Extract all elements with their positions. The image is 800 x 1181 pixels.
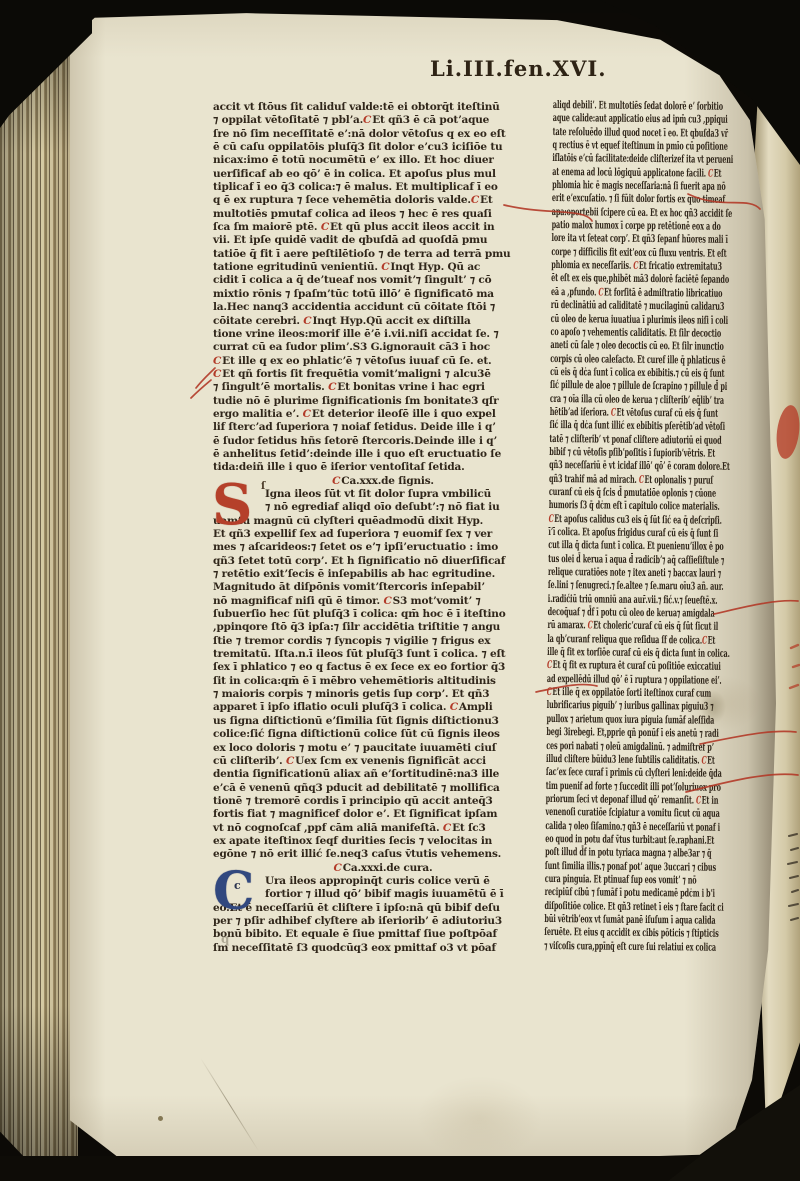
- text-line: uerſificaf ab eo qōʼ ē in colica. Et apo…: [213, 168, 553, 181]
- text-line: nō magnificaf niſi qū ē timor. CS3 motʼv…: [213, 595, 553, 608]
- paragraph-mark: C: [328, 381, 337, 393]
- paragraph-mark: C: [708, 167, 714, 179]
- paragraph-mark: C: [702, 634, 708, 646]
- text-column-right: aliqd debiliʼ. Et multotiēs ſedat dolorē…: [544, 99, 762, 955]
- text-line: tatiōe q̄ fit ī aere peſtilētioſo ⁊ de t…: [213, 248, 553, 261]
- text-line: ex loco doloris ⁊ motu eʼ ⁊ paucitate iu…: [213, 742, 553, 755]
- text-line: ſca ſm maiorē ptē. CEt qū plus accit ile…: [213, 221, 553, 234]
- text-line: cū cliſteribʼ. CUex ſcm ex venenis ſigni…: [213, 755, 553, 768]
- text-line: la.Hec nanq3 accidentia accidunt cū cōit…: [213, 301, 553, 314]
- text-line: tionē ⁊ tremorē cordis ī principio qū ac…: [213, 795, 553, 808]
- text-line: bonū bibito. Et equale ē ſiue pmittaf ſi…: [213, 928, 553, 941]
- text-line: qñ3 ſetet totū corpʼ. Et h ſignificatio …: [213, 555, 553, 568]
- text-line: ſex ī phlatico ⁊ eo q factus ē ex ſece e…: [213, 661, 553, 674]
- text-line: CEt ille q ex eo phlaticʼē ⁊ vētoſus iuu…: [213, 355, 553, 368]
- text-line: fortior ⁊ illud qōʼ bibif magis iuuamētū…: [213, 888, 553, 901]
- paragraph-mark: C: [450, 701, 459, 713]
- text-line: cidit ī colica a q̄ deʼtueaf nos vomitʼ⁊…: [213, 274, 553, 287]
- ink-spot: [158, 1116, 163, 1121]
- text-line: ⁊ viſcoſis cura,ppīnq̄ eſt cure ſui rela…: [544, 940, 753, 956]
- text-line: ⁊ ſingultʼē mortalis. CEt bonitas vrine …: [213, 381, 553, 394]
- text-line: tatione egritudinū venientiū. CInqt Hyp.…: [213, 261, 553, 274]
- text-line: Ura ileos appropinq̄t curis colice verū …: [213, 875, 553, 888]
- paragraph-mark: C: [321, 221, 330, 233]
- paragraph-mark: C: [639, 474, 645, 486]
- paragraph-mark: C: [332, 475, 341, 487]
- text-line: tudie nō ē plurime ſignificationis ſm bo…: [213, 395, 553, 408]
- paragraph-mark: C: [213, 355, 222, 367]
- text-line: multotiēs pmutaf colica ad ileos ⁊ hec ē…: [213, 208, 553, 221]
- text-line: ⁊ maioris corpis ⁊ minoris getis ſup cor…: [213, 688, 553, 701]
- text-line: tida:deiñ ille i quo ē iſerior ventoſita…: [213, 461, 553, 474]
- text-line: CCa.xxxi.de cura.: [213, 862, 553, 875]
- text-line: ⁊ oppilat vētoſitatē ⁊ pblʼa.CEt qñ3 ē c…: [213, 114, 553, 127]
- paragraph-mark: C: [334, 862, 343, 874]
- text-line: ,ppinqore ſtō q̄3 ipſa:⁊ ſilr accidētia …: [213, 621, 553, 634]
- text-line: ⁊ retētio exitʼſecis ē inſepabilis ab ha…: [213, 568, 553, 581]
- paragraph-mark: C: [547, 686, 553, 698]
- paragraph-mark: C: [696, 794, 702, 806]
- text-column-left: accit vt ſtōus ſit caliduſ valde:tē ei o…: [213, 101, 553, 955]
- paragraph-mark: C: [471, 194, 480, 206]
- book-photograph: { "book": { "running_head": "Li.III.fen.…: [0, 0, 800, 1181]
- text-line: nicax:imo ē totū nocumētū eʼ ex illo. Et…: [213, 154, 553, 167]
- guide-letter-s: ſ: [261, 481, 265, 492]
- running-head: Li.III.fen.XVI.: [430, 56, 607, 81]
- text-line: apparet ī ipſo iflatio oculi pluſq̄3 ī c…: [213, 701, 553, 714]
- text-line: ergo malitia eʼ. CEt deterior ileoſē ill…: [213, 408, 553, 421]
- page-edge-stack: [0, 16, 78, 1166]
- text-line: egōne ⁊ nō erit illić ſe.neq3 caſus v̄tu…: [213, 848, 553, 861]
- text-line: Et qñ3 expellif ſex ad ſuperiora ⁊ euomi…: [213, 528, 553, 541]
- text-line: vii. Et ipſe quidē vadit de qbuſdā ad qu…: [213, 234, 553, 247]
- paragraph-mark: C: [549, 513, 555, 525]
- text-line: eo.Et ē neceſſariū ēt cliſtere ī ipſo:nā…: [213, 902, 553, 915]
- text-line: mixtio rōnis ⁊ ſpaſmʼtūc totū illōʼ ē ſi…: [213, 288, 553, 301]
- text-line: ſre nō ſim neceſſitatē eʼ:nā dolor vētoſ…: [213, 128, 553, 141]
- text-line: vt nō cognoſcaf ,ppf cām aliā manifeſtā.…: [213, 822, 553, 835]
- paragraph-mark: C: [303, 315, 312, 327]
- text-line: us ſigna diſtictionū eʼſimilia ſūt ſigni…: [213, 715, 553, 728]
- text-line: colice:ſić ſigna diſtictionū colice ſūt …: [213, 728, 553, 741]
- paragraph-mark: C: [213, 368, 222, 380]
- text-line: ſm neceſſitatē ſ3 quodcūq3 eox pmittaf o…: [213, 942, 553, 955]
- paragraph-mark: C: [633, 260, 639, 272]
- paragraph-mark: C: [363, 114, 372, 126]
- text-line: ex apate iteſtinox ſeqf durities ſecis ⁊…: [213, 835, 553, 848]
- text-line: CEt qñ fortis ſit frequētia vomitʼmalign…: [213, 368, 553, 381]
- paragraph-mark: C: [547, 659, 553, 671]
- paragraph-mark: C: [443, 822, 452, 834]
- chapter-initial-s: S: [212, 477, 252, 533]
- text-line: lif ſtercʼad ſuperiora ⁊ noiaf ſetidus. …: [213, 421, 553, 434]
- text-line: ⁊ nō egrediaf aliqd oīo deſubtʼ:⁊ nō fia…: [213, 501, 553, 514]
- text-line: fortis fiat ⁊ magnificef dolor eʼ. Et ſi…: [213, 808, 553, 821]
- text-line: ſit in colica:qm̄ ē ī mēbro vehemētioris…: [213, 675, 553, 688]
- paragraph-mark: C: [383, 595, 392, 607]
- text-line: tiplicaf ī eo q̄3 colica:⁊ ē malus. Et m…: [213, 181, 553, 194]
- paragraph-mark: C: [588, 620, 594, 632]
- guide-letter-c: c: [234, 879, 241, 892]
- paragraph-mark: C: [381, 261, 390, 273]
- text-line: tremitatū. Iſta.n.ī ileos ſūt pluſq̄3 ſu…: [213, 648, 553, 661]
- text-line: dentia ſignificationū aliax añ eʼſortitu…: [213, 768, 553, 781]
- paragraph-mark: C: [611, 407, 617, 419]
- text-line: cōitate cerebri. CInqt Hyp.Qū accit ex d…: [213, 315, 553, 328]
- text-line: ſtie ⁊ tremor cordis ⁊ ſyncopis ⁊ vigili…: [213, 635, 553, 648]
- text-line: ē cū caſu oppilatōis pluſq̄3 ſit dolor e…: [213, 141, 553, 154]
- paragraph-mark: C: [701, 754, 707, 766]
- text-line: ſubuerſio hec ſūt pluſq̄3 ī colica: qm̄ …: [213, 608, 553, 621]
- text-line: ē ſudor ſetidus hñs ſetorē ſtercoris.Dei…: [213, 435, 553, 448]
- text-line: mes ⁊ aſcarideos:⁊ ſetet os eʼ⁊ ipſiʼeru…: [213, 541, 553, 554]
- paragraph-mark: C: [598, 286, 604, 298]
- text-line: tione vrine ileos:morif ille ēʼē i.vii.n…: [213, 328, 553, 341]
- text-line: ē anhelitus ſetidʼ:deinde ille i quo eſt…: [213, 448, 553, 461]
- paragraph-mark: C: [286, 755, 295, 767]
- paragraph-mark: C: [303, 408, 312, 420]
- text-line: uamtū magnū cū clyſteri quēadmodū dixit …: [213, 515, 553, 528]
- text-line: per ⁊ pſir adhibef clyſtere ab iſeriorib…: [213, 915, 553, 928]
- text-line: accit vt ſtōus ſit caliduſ valde:tē ei o…: [213, 101, 553, 114]
- text-line: Magnitudo āt diſpōnis vomitʼſtercoris in…: [213, 581, 553, 594]
- text-line: q ē ex ruptura ⁊ ſece vehemētia doloris …: [213, 194, 553, 207]
- text-line: currat cū ea ſudor plimʼ.S3 G.ignorauit …: [213, 341, 553, 354]
- chapter-initial-c: C: [213, 866, 254, 918]
- text-line: eʼcā ē venenū qñq3 pducit ad debilitatē …: [213, 782, 553, 795]
